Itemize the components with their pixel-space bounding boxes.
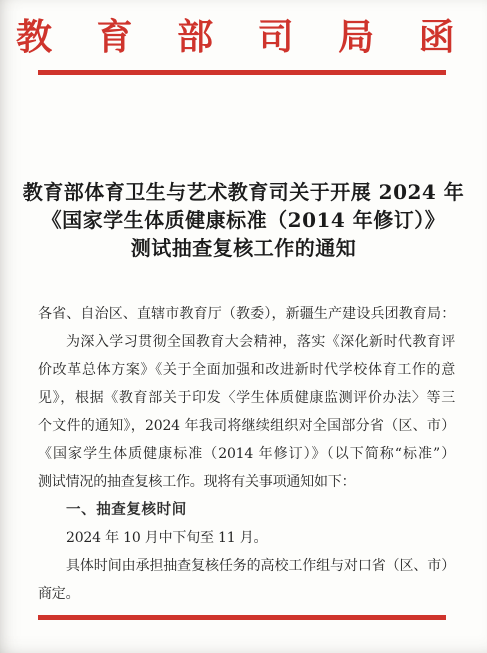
document-title: 教育部体育卫生与艺术教育司关于开展 2024 年 《国家学生体质健康标准（201… bbox=[20, 178, 467, 262]
official-letter-page: 教 育 部 司 局 函 件 教育部体育卫生与艺术教育司关于开展 2024 年 《… bbox=[0, 0, 487, 653]
document-title-line-3: 测试抽查复核工作的通知 bbox=[20, 234, 467, 262]
body-line: 测试情况的抽查复核工作。现将有关事项通知如下： bbox=[38, 468, 455, 496]
document-title-line-2: 《国家学生体质健康标准（2014 年修订）》 bbox=[20, 206, 467, 234]
body-line: 价改革总体方案》《关于全面加强和改进新时代学校体育工作的意 bbox=[38, 356, 455, 384]
header-double-rule bbox=[38, 70, 446, 75]
section-heading: 一、抽查复核时间 bbox=[38, 496, 455, 524]
body-line: 为深入学习贯彻全国教育大会精神，落实《深化新时代教育评 bbox=[38, 328, 455, 356]
letter-body: 各省、自治区、直辖市教育厅（教委），新疆生产建设兵团教育局： 为深入学习贯彻全国… bbox=[38, 300, 455, 608]
body-line: 商定。 bbox=[38, 580, 455, 608]
document-title-line-1: 教育部体育卫生与艺术教育司关于开展 2024 年 bbox=[20, 178, 467, 206]
body-line: 《国家学生体质健康标准（2014 年修订）》（以下简称“标准”） bbox=[38, 440, 455, 468]
body-line: 个文件的通知》，2024 年我司将继续组织对全国部分省（区、市） bbox=[38, 412, 455, 440]
body-line: 2024 年 10 月中下旬至 11 月。 bbox=[38, 524, 455, 552]
body-line: 见》，根据《教育部关于印发〈学生体质健康监测评价办法〉等三 bbox=[38, 384, 455, 412]
addressee-line: 各省、自治区、直辖市教育厅（教委），新疆生产建设兵团教育局： bbox=[38, 300, 455, 328]
body-line: 具体时间由承担抽查复核任务的高校工作组与对口省（区、市） bbox=[38, 552, 455, 580]
letterhead-title: 教 育 部 司 局 函 件 bbox=[0, 14, 487, 60]
footer-double-rule bbox=[38, 615, 446, 620]
